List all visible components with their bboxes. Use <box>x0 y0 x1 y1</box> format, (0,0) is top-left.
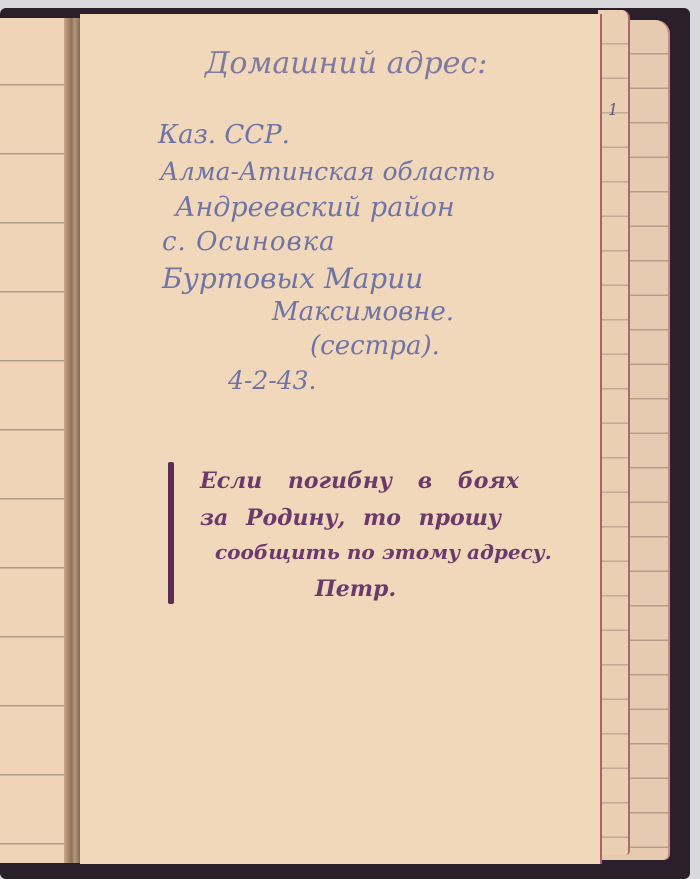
address-line-republic: Каз. ССР. <box>158 120 290 150</box>
address-line-district: Андреевский район <box>175 192 455 223</box>
message-signature: Петр. <box>315 576 396 602</box>
address-heading: Домашний адрес: <box>205 46 487 81</box>
address-line-date: 4-2-43. <box>228 366 316 395</box>
message-line-1: Если погибну в боях <box>200 468 519 494</box>
left-page <box>0 18 66 863</box>
message-line-2: за Родину, то прошу <box>200 505 501 531</box>
back-page-edge <box>598 10 630 855</box>
address-line-patronymic: Максимовне. <box>272 297 454 327</box>
address-line-relation: (сестра). <box>310 331 440 361</box>
side-page-mark: 1 <box>608 100 618 119</box>
address-line-region: Алма-Атинская область <box>160 157 495 186</box>
margin-bar <box>168 462 174 604</box>
address-line-village: с. Осиновка <box>162 227 336 257</box>
address-line-recipient-name: Буртовых Марии <box>162 262 423 295</box>
message-line-3: сообщить по этому адресу. <box>215 540 552 564</box>
